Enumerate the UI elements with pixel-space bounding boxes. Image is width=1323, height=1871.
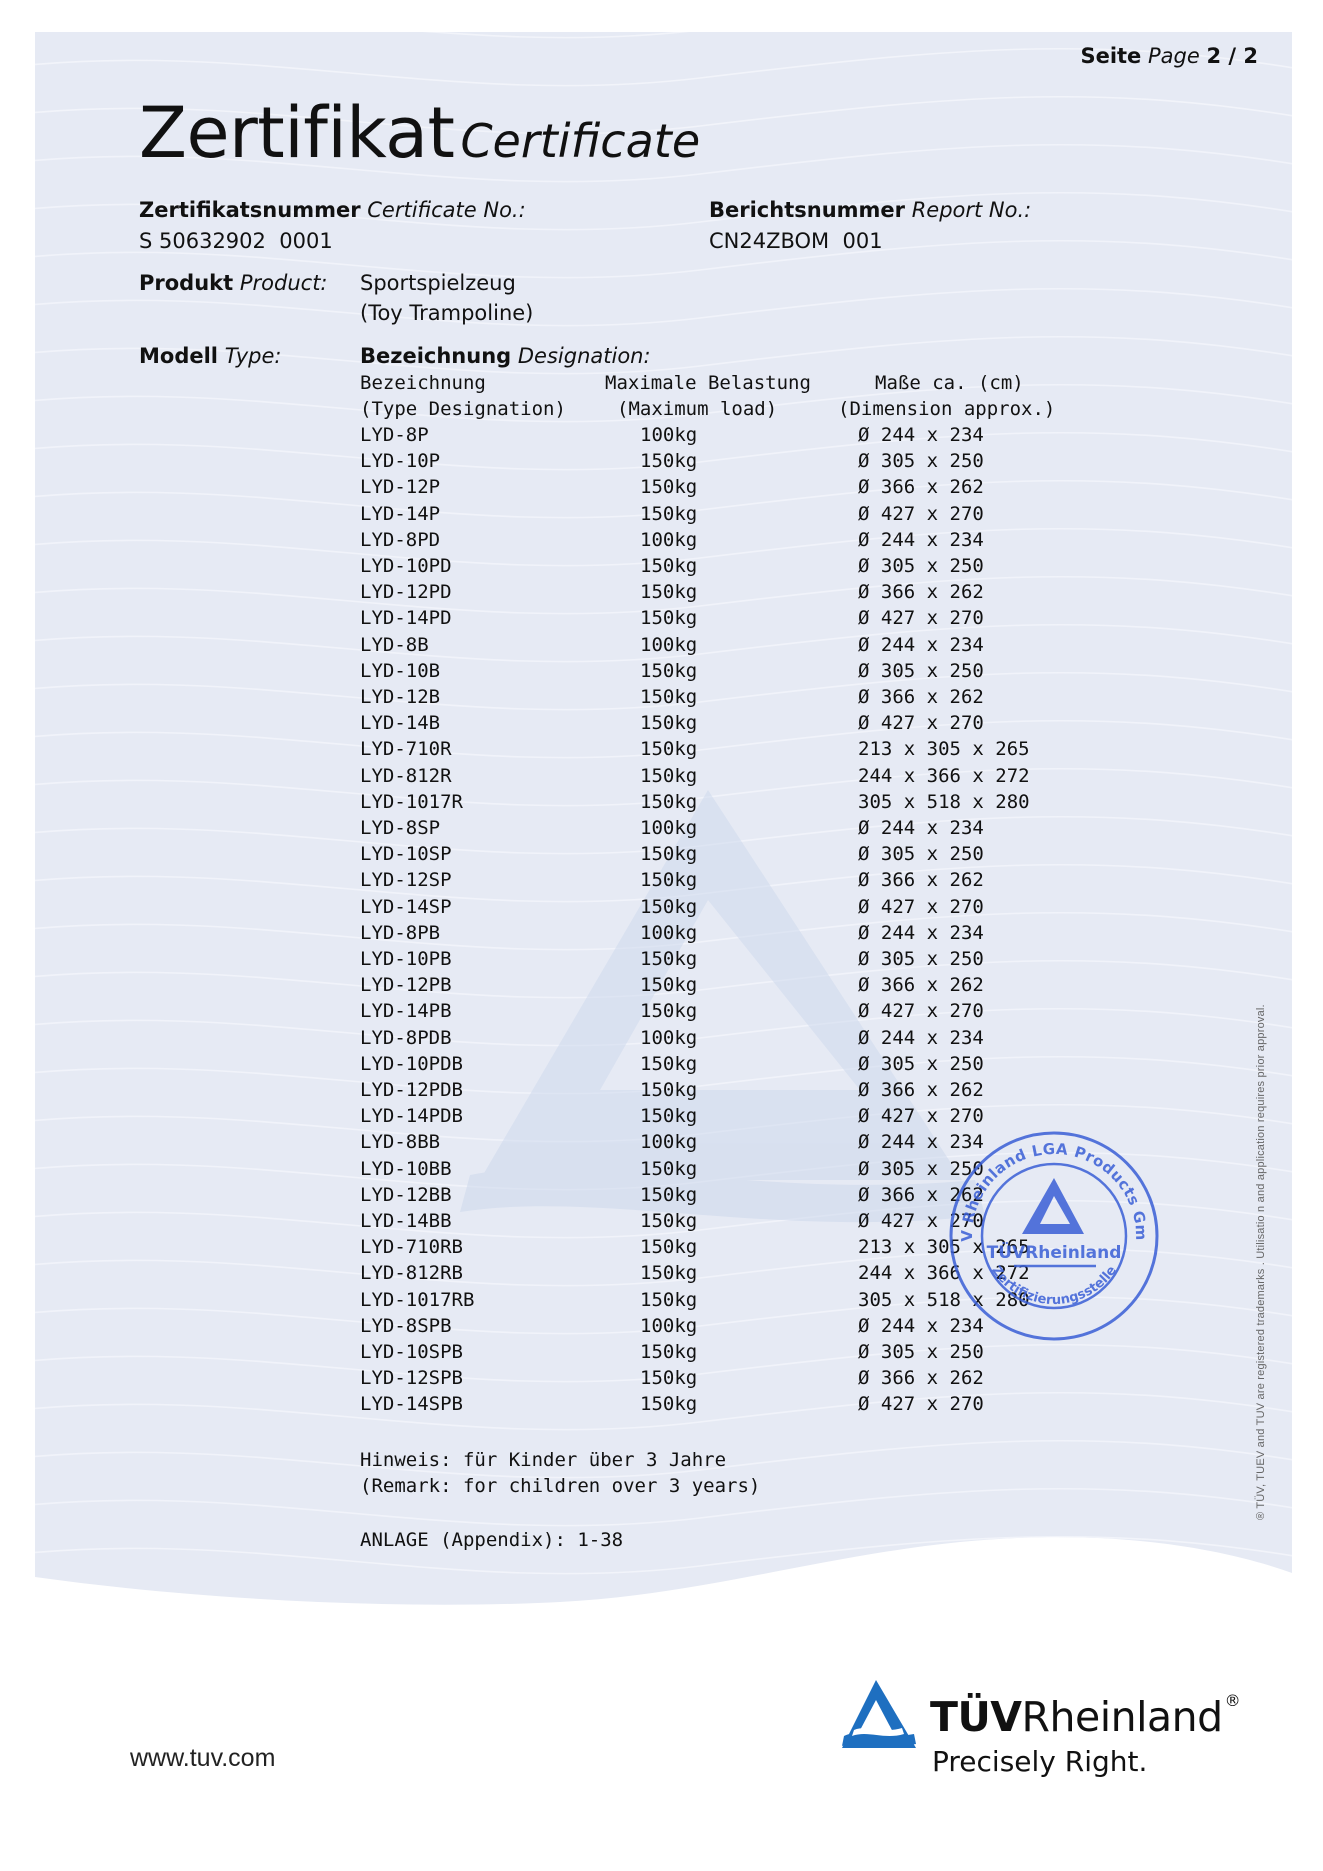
model-label-en: Type: — [225, 344, 282, 368]
type-designation: LYD-10PDB — [360, 1053, 463, 1075]
type-designation: LYD-10PD — [360, 555, 452, 577]
certificate-no-value: S 50632902 0001 — [139, 229, 333, 253]
dimension: Ø 244 x 234 — [858, 634, 984, 656]
product-label-de: Produkt — [139, 271, 233, 295]
page-number: 2 / 2 — [1206, 44, 1258, 68]
dimension: 213 x 305 x 265 — [858, 738, 1030, 760]
header-dimension-de: Maße ca. (cm) — [875, 372, 1024, 394]
type-designation: LYD-14P — [360, 503, 440, 525]
dimension: Ø 305 x 250 — [858, 843, 984, 865]
max-load: 150kg — [640, 1367, 697, 1389]
dimension: Ø 427 x 270 — [858, 896, 984, 918]
dimension: Ø 366 x 262 — [858, 686, 984, 708]
table-row: LYD-12SPB150kgØ 366 x 262 — [0, 1367, 1323, 1393]
type-designation: LYD-12BB — [360, 1184, 452, 1206]
max-load: 100kg — [640, 634, 697, 656]
table-row: LYD-12PD150kgØ 366 x 262 — [0, 581, 1323, 607]
table-row: LYD-10SP150kgØ 305 x 250 — [0, 843, 1323, 869]
table-row: LYD-14B150kgØ 427 x 270 — [0, 712, 1323, 738]
max-load: 100kg — [640, 817, 697, 839]
brand-name: TÜVRheinland® — [930, 1693, 1240, 1741]
table-row: LYD-12SP150kgØ 366 x 262 — [0, 869, 1323, 895]
type-designation: LYD-812RB — [360, 1262, 463, 1284]
max-load: 150kg — [640, 712, 697, 734]
header-dimension-en: (Dimension approx.) — [838, 398, 1055, 420]
dimension: Ø 305 x 250 — [858, 948, 984, 970]
dimension: Ø 366 x 262 — [858, 476, 984, 498]
type-designation: LYD-12P — [360, 476, 440, 498]
type-designation: LYD-10B — [360, 660, 440, 682]
table-row: LYD-10PDB150kgØ 305 x 250 — [0, 1053, 1323, 1079]
max-load: 150kg — [640, 974, 697, 996]
header-designation-de: Bezeichnung — [360, 372, 486, 394]
type-designation: LYD-10SP — [360, 843, 452, 865]
max-load: 150kg — [640, 843, 697, 865]
dimension: Ø 427 x 270 — [858, 1000, 984, 1022]
table-row: LYD-10B150kgØ 305 x 250 — [0, 660, 1323, 686]
type-designation: LYD-12SP — [360, 869, 452, 891]
type-designation: LYD-12B — [360, 686, 440, 708]
max-load: 150kg — [640, 1210, 697, 1232]
footer-url[interactable]: www.tuv.com — [130, 1744, 275, 1773]
table-row: LYD-710R150kg213 x 305 x 265 — [0, 738, 1323, 764]
table-row: LYD-12P150kgØ 366 x 262 — [0, 476, 1323, 502]
max-load: 150kg — [640, 791, 697, 813]
table-row: LYD-8P100kgØ 244 x 234 — [0, 424, 1323, 450]
tuv-logo-icon — [840, 1678, 920, 1750]
table-row: LYD-12PB150kgØ 366 x 262 — [0, 974, 1323, 1000]
remark-de: Hinweis: für Kinder über 3 Jahre — [360, 1449, 726, 1471]
type-designation: LYD-710R — [360, 738, 452, 760]
max-load: 100kg — [640, 424, 697, 446]
type-designation: LYD-8PD — [360, 529, 440, 551]
dimension: Ø 427 x 270 — [858, 503, 984, 525]
max-load: 150kg — [640, 607, 697, 629]
type-designation: LYD-8BB — [360, 1131, 440, 1153]
trademark-notice: ® TÜV, TUEV and TUV are registered trade… — [1255, 1004, 1267, 1520]
type-designation: LYD-12SPB — [360, 1367, 463, 1389]
type-designation: LYD-8SPB — [360, 1315, 452, 1337]
dimension: 244 x 366 x 272 — [858, 765, 1030, 787]
product-label: Produkt Product: — [139, 271, 328, 295]
type-designation: LYD-8SP — [360, 817, 440, 839]
dimension: Ø 427 x 270 — [858, 1105, 984, 1127]
stamp-center-text: TÜVRheinland — [987, 1241, 1122, 1263]
type-designation: LYD-14B — [360, 712, 440, 734]
type-designation: LYD-12PB — [360, 974, 452, 996]
report-no-value: CN24ZBOM 001 — [709, 229, 883, 253]
header-max-load-de: Maximale Belastung — [605, 372, 811, 394]
max-load: 100kg — [640, 1315, 697, 1337]
type-designation: LYD-14PB — [360, 1000, 452, 1022]
dimension: 305 x 518 x 280 — [858, 791, 1030, 813]
dimension: Ø 305 x 250 — [858, 450, 984, 472]
table-row: LYD-14SP150kgØ 427 x 270 — [0, 896, 1323, 922]
max-load: 150kg — [640, 1079, 697, 1101]
max-load: 150kg — [640, 1184, 697, 1206]
title-de: Zertifikat — [139, 92, 454, 174]
type-designation: LYD-14SP — [360, 896, 452, 918]
product-value-en: (Toy Trampoline) — [360, 301, 533, 325]
table-row: LYD-14SPB150kgØ 427 x 270 — [0, 1393, 1323, 1419]
max-load: 100kg — [640, 1131, 697, 1153]
certificate-no-label: Zertifikatsnummer Certificate No.: — [139, 198, 526, 222]
header-max-load-en: (Maximum load) — [617, 398, 777, 420]
dimension: Ø 244 x 234 — [858, 922, 984, 944]
type-designation: LYD-14BB — [360, 1210, 452, 1232]
report-no-label-en: Report No.: — [912, 198, 1032, 222]
report-no-label-de: Berichtsnummer — [709, 198, 905, 222]
max-load: 150kg — [640, 896, 697, 918]
table-row: LYD-14P150kgØ 427 x 270 — [0, 503, 1323, 529]
header-designation-en: (Type Designation) — [360, 398, 566, 420]
registered-mark: ® — [1225, 1691, 1241, 1710]
designation-label-de: Bezeichnung — [360, 344, 511, 368]
max-load: 150kg — [640, 686, 697, 708]
certificate-no-label-en: Certificate No.: — [367, 198, 525, 222]
type-designation: LYD-12PD — [360, 581, 452, 603]
brand-name-bold: TÜV — [930, 1693, 1022, 1741]
type-designation: LYD-10BB — [360, 1158, 452, 1180]
max-load: 150kg — [640, 869, 697, 891]
dimension: Ø 244 x 234 — [858, 817, 984, 839]
type-designation: LYD-10SPB — [360, 1341, 463, 1363]
table-row: LYD-12PDB150kgØ 366 x 262 — [0, 1079, 1323, 1105]
max-load: 150kg — [640, 1393, 697, 1415]
dimension: Ø 366 x 262 — [858, 869, 984, 891]
dimension: Ø 427 x 270 — [858, 1393, 984, 1415]
type-designation: LYD-8PB — [360, 922, 440, 944]
table-row: LYD-10P150kgØ 305 x 250 — [0, 450, 1323, 476]
svg-text:Zertifizierungsstelle: Zertifizierungsstelle — [988, 1263, 1120, 1308]
report-no-label: Berichtsnummer Report No.: — [709, 198, 1031, 222]
max-load: 150kg — [640, 948, 697, 970]
type-designation: LYD-812R — [360, 765, 452, 787]
certificate-no-label-de: Zertifikatsnummer — [139, 198, 361, 222]
table-row: LYD-8PDB100kgØ 244 x 234 — [0, 1027, 1323, 1053]
dimension: Ø 305 x 250 — [858, 660, 984, 682]
max-load: 150kg — [640, 660, 697, 682]
max-load: 150kg — [640, 1236, 697, 1258]
dimension: Ø 366 x 262 — [858, 581, 984, 603]
max-load: 150kg — [640, 503, 697, 525]
max-load: 150kg — [640, 1341, 697, 1363]
dimension: Ø 366 x 262 — [858, 1367, 984, 1389]
type-designation: LYD-14PDB — [360, 1105, 463, 1127]
dimension: Ø 305 x 250 — [858, 1053, 984, 1075]
type-designation: LYD-710RB — [360, 1236, 463, 1258]
table-row: LYD-8PB100kgØ 244 x 234 — [0, 922, 1323, 948]
max-load: 100kg — [640, 529, 697, 551]
max-load: 150kg — [640, 765, 697, 787]
title-en: Certificate — [460, 114, 700, 168]
appendix: ANLAGE (Appendix): 1-38 — [360, 1529, 623, 1551]
certification-stamp: TÜV Rheinland LGA Products GmbH Zertifiz… — [944, 1126, 1164, 1346]
dimension: Ø 427 x 270 — [858, 607, 984, 629]
max-load: 150kg — [640, 1289, 697, 1311]
dimension: Ø 366 x 262 — [858, 974, 984, 996]
dimension: Ø 244 x 234 — [858, 1027, 984, 1049]
max-load: 150kg — [640, 1105, 697, 1127]
max-load: 100kg — [640, 922, 697, 944]
type-designation: LYD-10P — [360, 450, 440, 472]
type-designation: LYD-1017R — [360, 791, 463, 813]
max-load: 150kg — [640, 555, 697, 577]
dimension: Ø 244 x 234 — [858, 529, 984, 551]
type-designation: LYD-8P — [360, 424, 429, 446]
type-designation: LYD-14SPB — [360, 1393, 463, 1415]
type-designation: LYD-8PDB — [360, 1027, 452, 1049]
tuv-triangle-icon — [1022, 1178, 1084, 1234]
max-load: 150kg — [640, 1158, 697, 1180]
brand-name-rest: Rheinland — [1022, 1693, 1223, 1741]
model-label-de: Modell — [139, 344, 218, 368]
designation-label-en: Designation: — [518, 344, 651, 368]
table-header-row-en: (Type Designation) (Maximum load) (Dimen… — [0, 398, 1323, 424]
table-header-row-de: Bezeichnung Maximale Belastung Maße ca. … — [0, 372, 1323, 398]
product-value-de: Sportspielzeug — [360, 271, 516, 295]
max-load: 150kg — [640, 581, 697, 603]
table-row: LYD-8PD100kgØ 244 x 234 — [0, 529, 1323, 555]
table-row: LYD-1017R150kg305 x 518 x 280 — [0, 791, 1323, 817]
type-designation: LYD-10PB — [360, 948, 452, 970]
max-load: 150kg — [640, 476, 697, 498]
product-label-en: Product: — [240, 271, 328, 295]
table-row: LYD-8B100kgØ 244 x 234 — [0, 634, 1323, 660]
designation-label: Bezeichnung Designation: — [360, 344, 651, 368]
page-indicator: Seite Page 2 / 2 — [1080, 44, 1258, 68]
brand-tagline: Precisely Right. — [932, 1745, 1147, 1778]
max-load: 150kg — [640, 1053, 697, 1075]
page-title: ZertifikatCertificate — [139, 92, 700, 174]
max-load: 100kg — [640, 1027, 697, 1049]
max-load: 150kg — [640, 738, 697, 760]
dimension: Ø 244 x 234 — [858, 424, 984, 446]
table-row: LYD-14PB150kgØ 427 x 270 — [0, 1000, 1323, 1026]
page-label-en: Page — [1148, 44, 1200, 68]
page-label-de: Seite — [1080, 44, 1141, 68]
table-row: LYD-12B150kgØ 366 x 262 — [0, 686, 1323, 712]
table-row: LYD-812R150kg244 x 366 x 272 — [0, 765, 1323, 791]
max-load: 150kg — [640, 1262, 697, 1284]
table-row: LYD-10PB150kgØ 305 x 250 — [0, 948, 1323, 974]
type-designation: LYD-12PDB — [360, 1079, 463, 1101]
max-load: 150kg — [640, 450, 697, 472]
dimension: Ø 366 x 262 — [858, 1079, 984, 1101]
type-designation: LYD-14PD — [360, 607, 452, 629]
table-row: LYD-10PD150kgØ 305 x 250 — [0, 555, 1323, 581]
table-row: LYD-8SP100kgØ 244 x 234 — [0, 817, 1323, 843]
type-designation: LYD-8B — [360, 634, 429, 656]
dimension: Ø 305 x 250 — [858, 555, 984, 577]
type-designation: LYD-1017RB — [360, 1289, 474, 1311]
stamp-bottom-text: Zertifizierungsstelle — [988, 1263, 1120, 1308]
dimension: Ø 427 x 270 — [858, 712, 984, 734]
max-load: 150kg — [640, 1000, 697, 1022]
model-label: Modell Type: — [139, 344, 281, 368]
remark-en: (Remark: for children over 3 years) — [360, 1475, 760, 1497]
table-row: LYD-14PD150kgØ 427 x 270 — [0, 607, 1323, 633]
